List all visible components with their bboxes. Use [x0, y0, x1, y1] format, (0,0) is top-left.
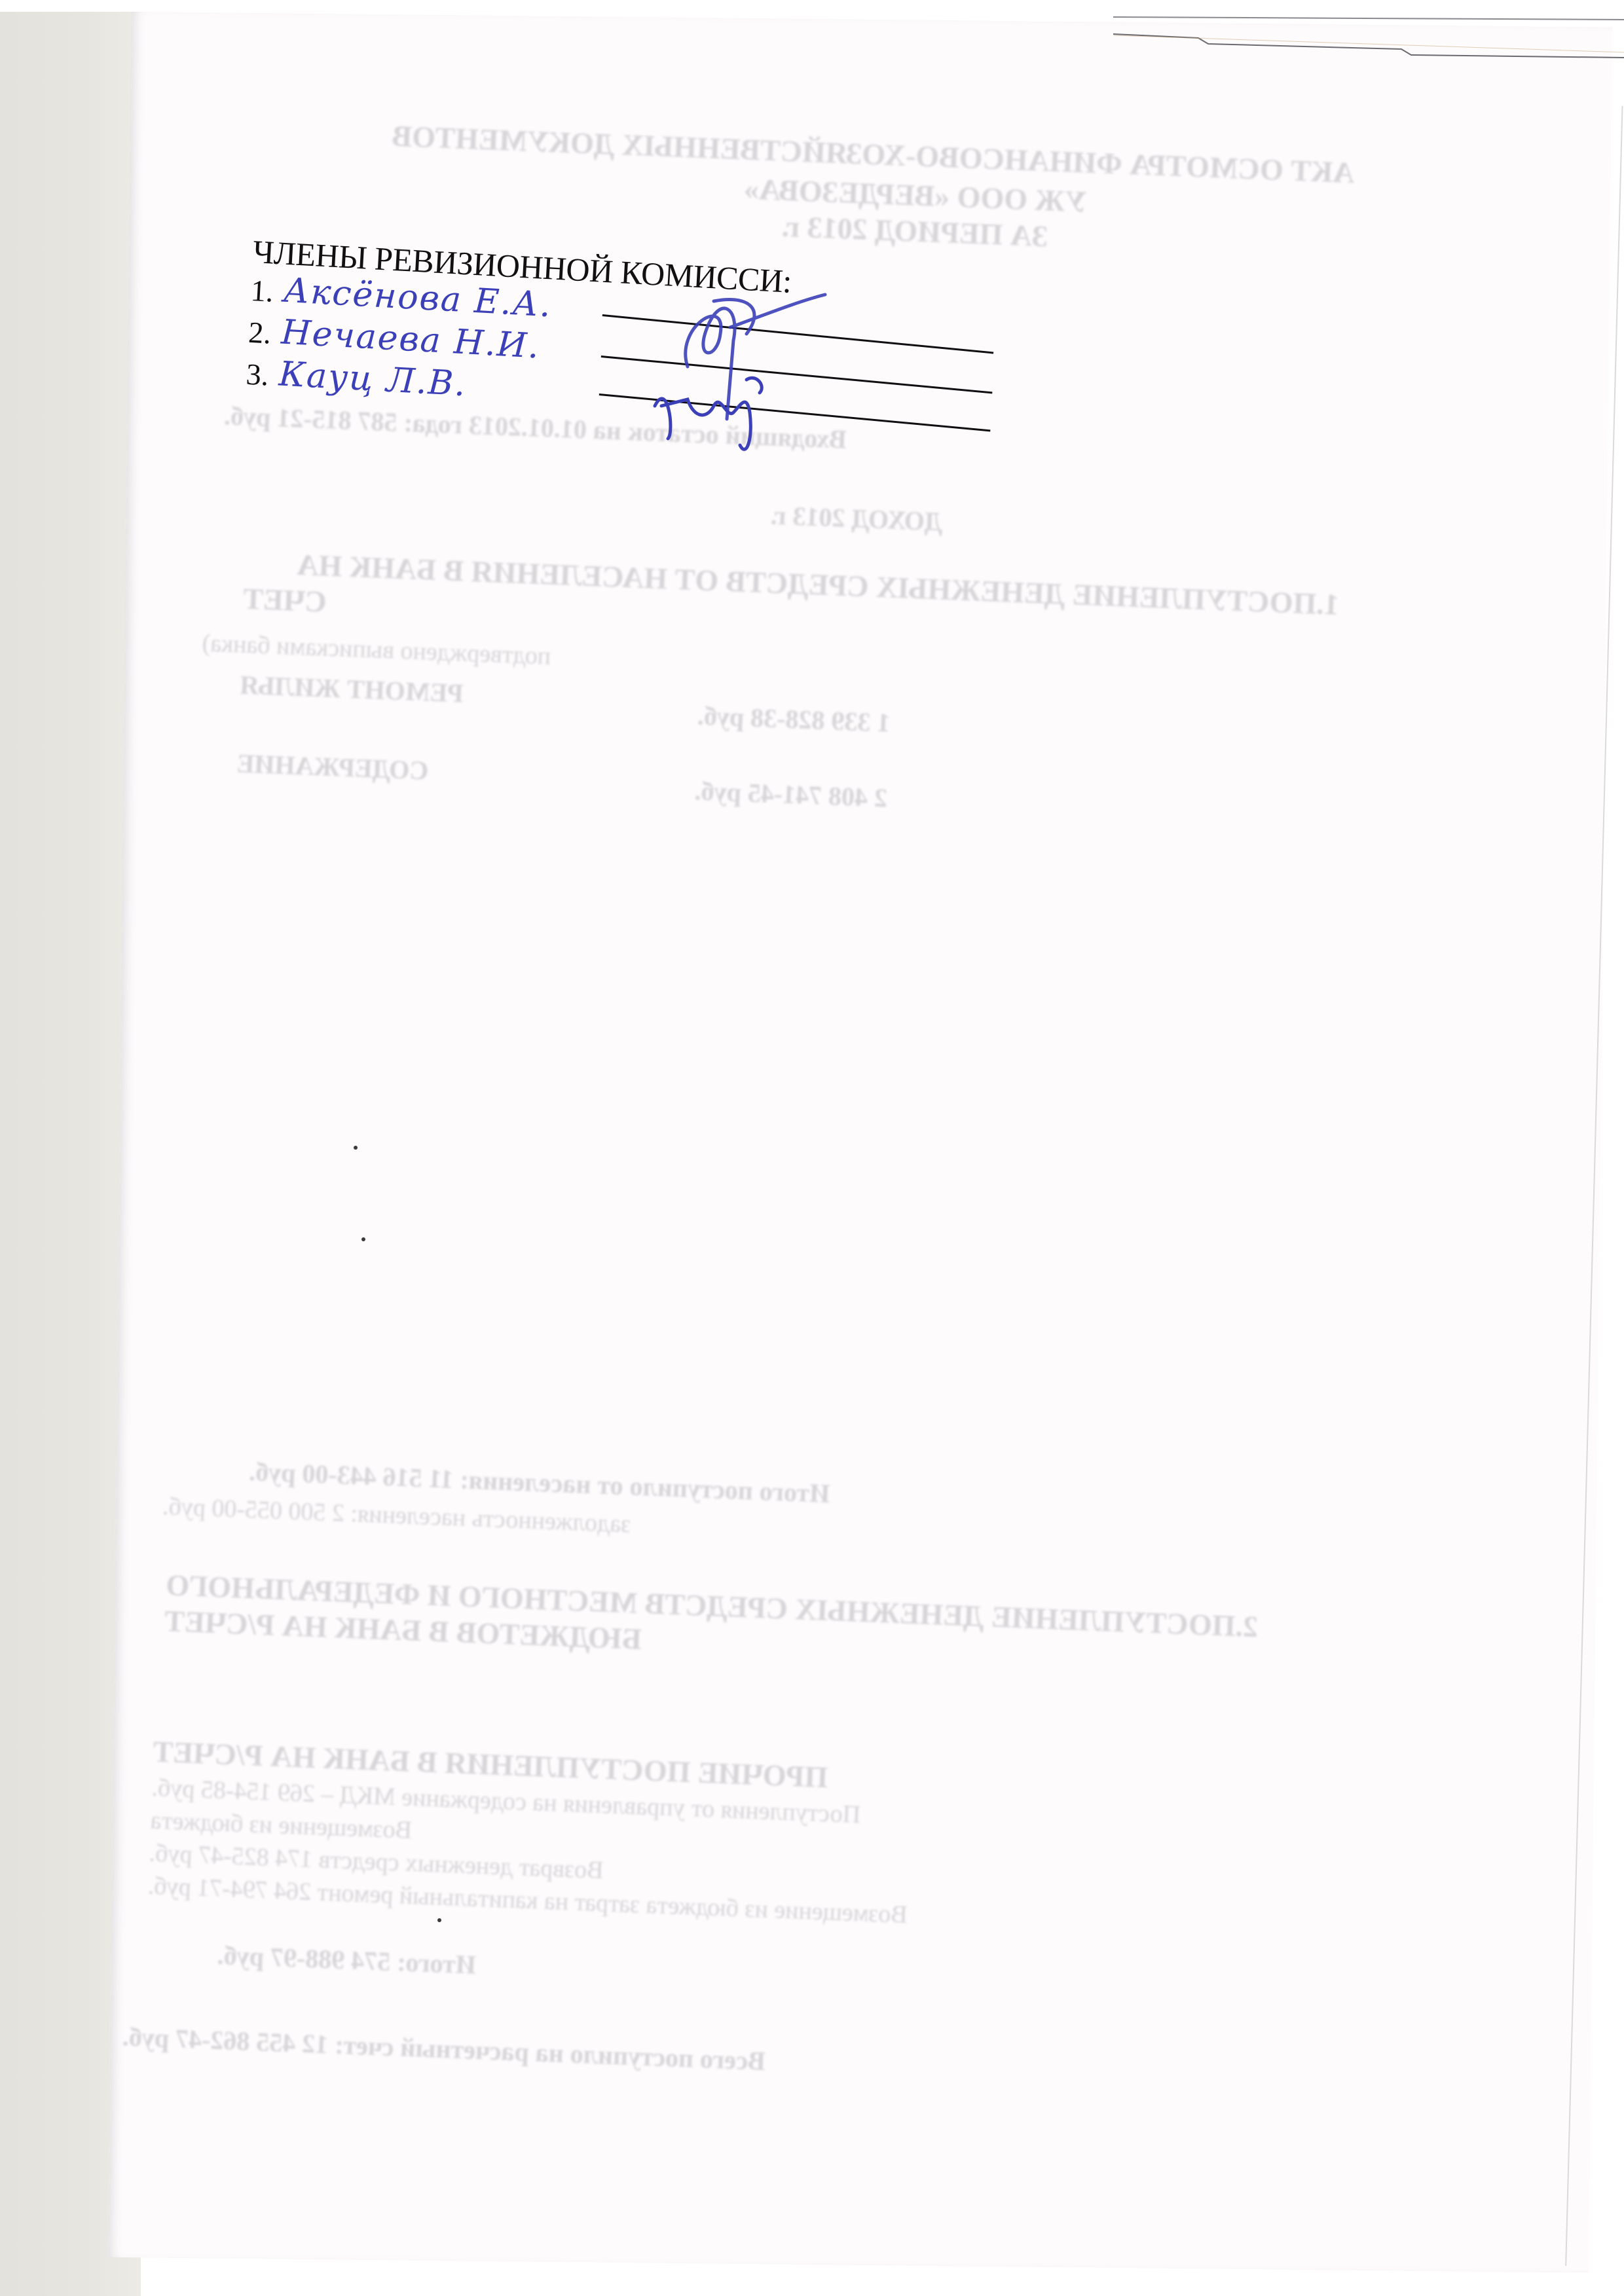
bleed-line: ДОХОД 2013 г. — [770, 500, 943, 537]
member-number: 3. — [245, 357, 269, 393]
scan-speck — [437, 1918, 441, 1922]
bleed-line: СЧЕТ — [242, 581, 327, 619]
handwritten-member-name: Кауц Л.В. — [278, 355, 468, 405]
scan-speck — [361, 1237, 365, 1241]
paper-top-fold — [1113, 14, 1624, 60]
member-number: 1. — [250, 273, 274, 309]
signature-icon — [648, 367, 779, 462]
scan-speck — [354, 1146, 358, 1150]
member-number: 2. — [248, 315, 272, 351]
